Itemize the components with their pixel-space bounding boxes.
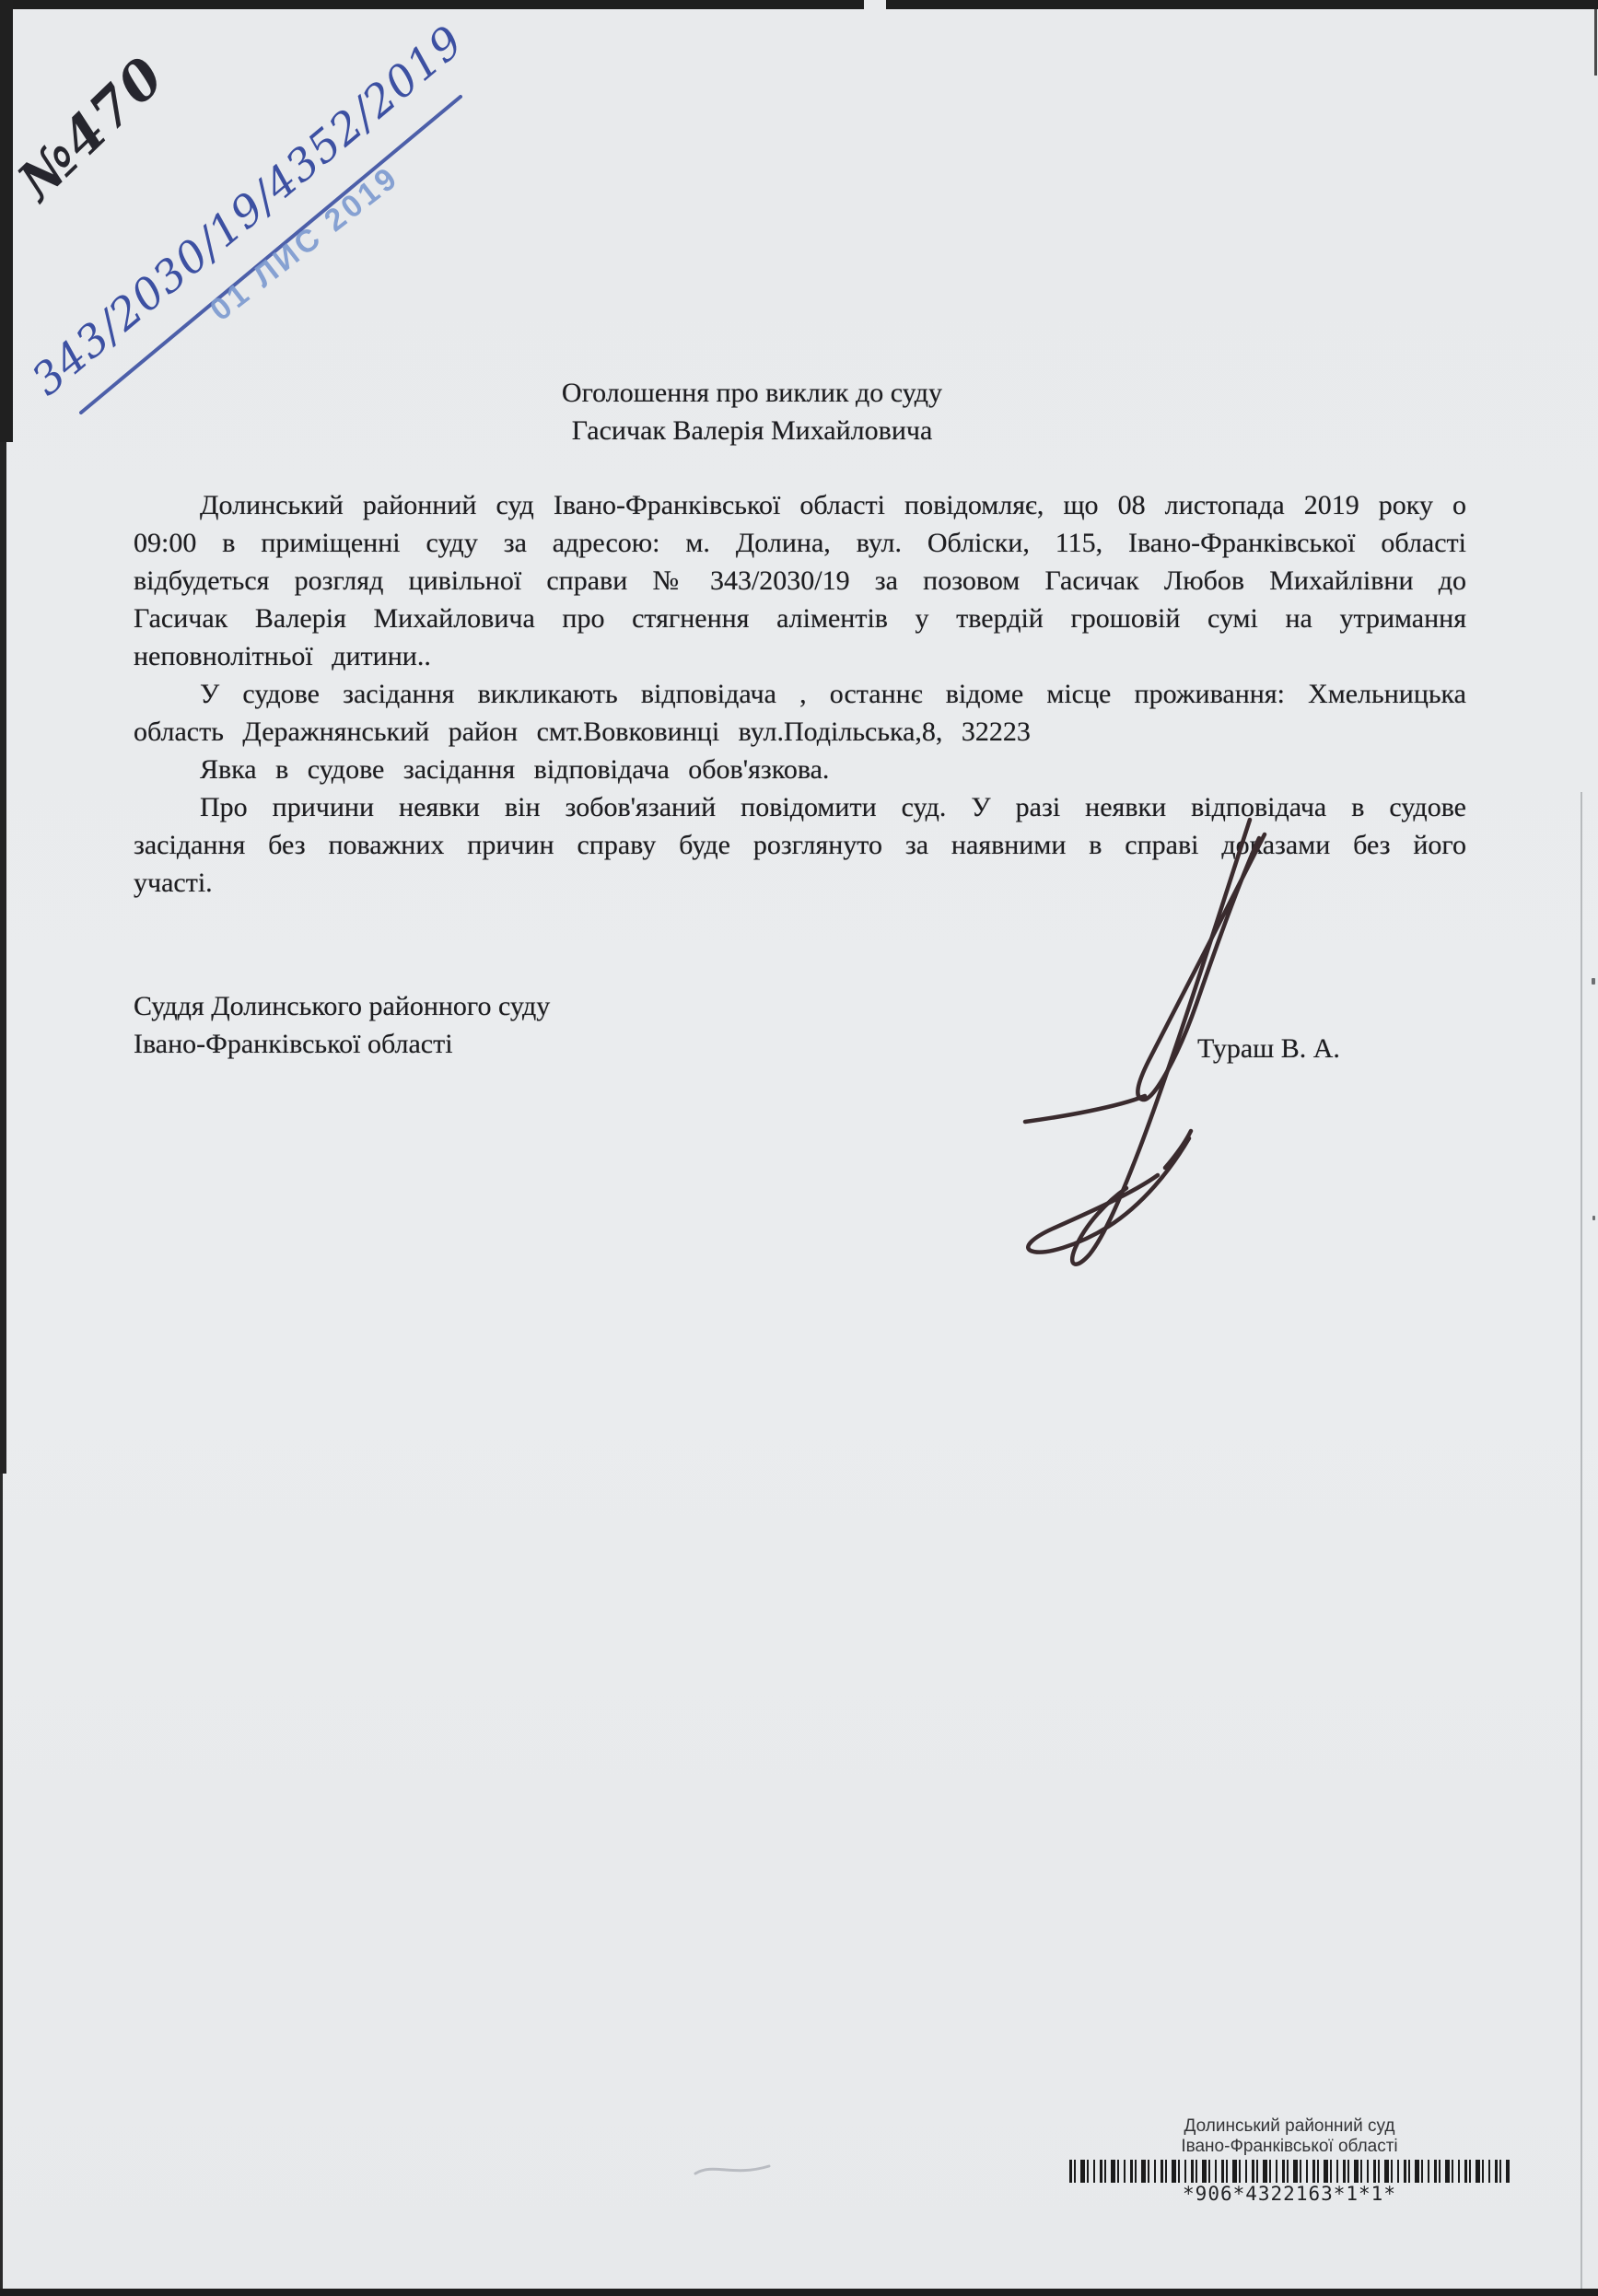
faint-pencil-mark xyxy=(691,2155,774,2183)
barcode-number: *906*4322163*1*1* xyxy=(1059,2184,1520,2204)
scan-edge-bottom xyxy=(0,2289,1598,2296)
scan-edge-left-bottom xyxy=(0,1474,3,2296)
judge-role-block: Суддя Долинського районного суду Івано-Ф… xyxy=(134,987,550,1063)
paragraph-announcement: Долинський районний суд Івано-Франківськ… xyxy=(134,486,1466,675)
paragraph-attendance-mandatory: Явка в судове засідання відповідача обов… xyxy=(134,751,1466,788)
document-subtitle: Гасичак Валерія Михайловича xyxy=(134,412,1371,449)
paragraph-summons-address: У судове засідання викликають відповідач… xyxy=(134,675,1466,751)
scan-speck xyxy=(1592,978,1595,985)
scan-speck xyxy=(1592,1216,1595,1220)
scan-edge-top-right xyxy=(886,0,1598,9)
judge-signature xyxy=(1009,810,1276,1289)
judge-role-line1: Суддя Долинського районного суду xyxy=(134,987,550,1025)
scanned-court-summons-page: №470 343/2030/19/4352/2019 01 ЛИС 2019 О… xyxy=(0,0,1598,2296)
barcode xyxy=(1069,2160,1510,2183)
paper-edge-line xyxy=(1581,792,1582,2289)
judge-role-line2: Івано-Франківської області xyxy=(134,1025,550,1063)
document-title-block: Оголошення про виклик до суду Гасичак Ва… xyxy=(134,374,1466,449)
court-barcode-stamp: Долинський районний суд Івано-Франківськ… xyxy=(1059,2116,1520,2204)
document-title: Оголошення про виклик до суду xyxy=(134,374,1371,412)
stamp-court-name-line2: Івано-Франківської області xyxy=(1059,2137,1520,2157)
stamp-court-name-line1: Долинський районний суд xyxy=(1059,2116,1520,2137)
scan-edge-right-tick xyxy=(1594,9,1597,76)
scan-edge-left-mid xyxy=(0,442,6,1474)
